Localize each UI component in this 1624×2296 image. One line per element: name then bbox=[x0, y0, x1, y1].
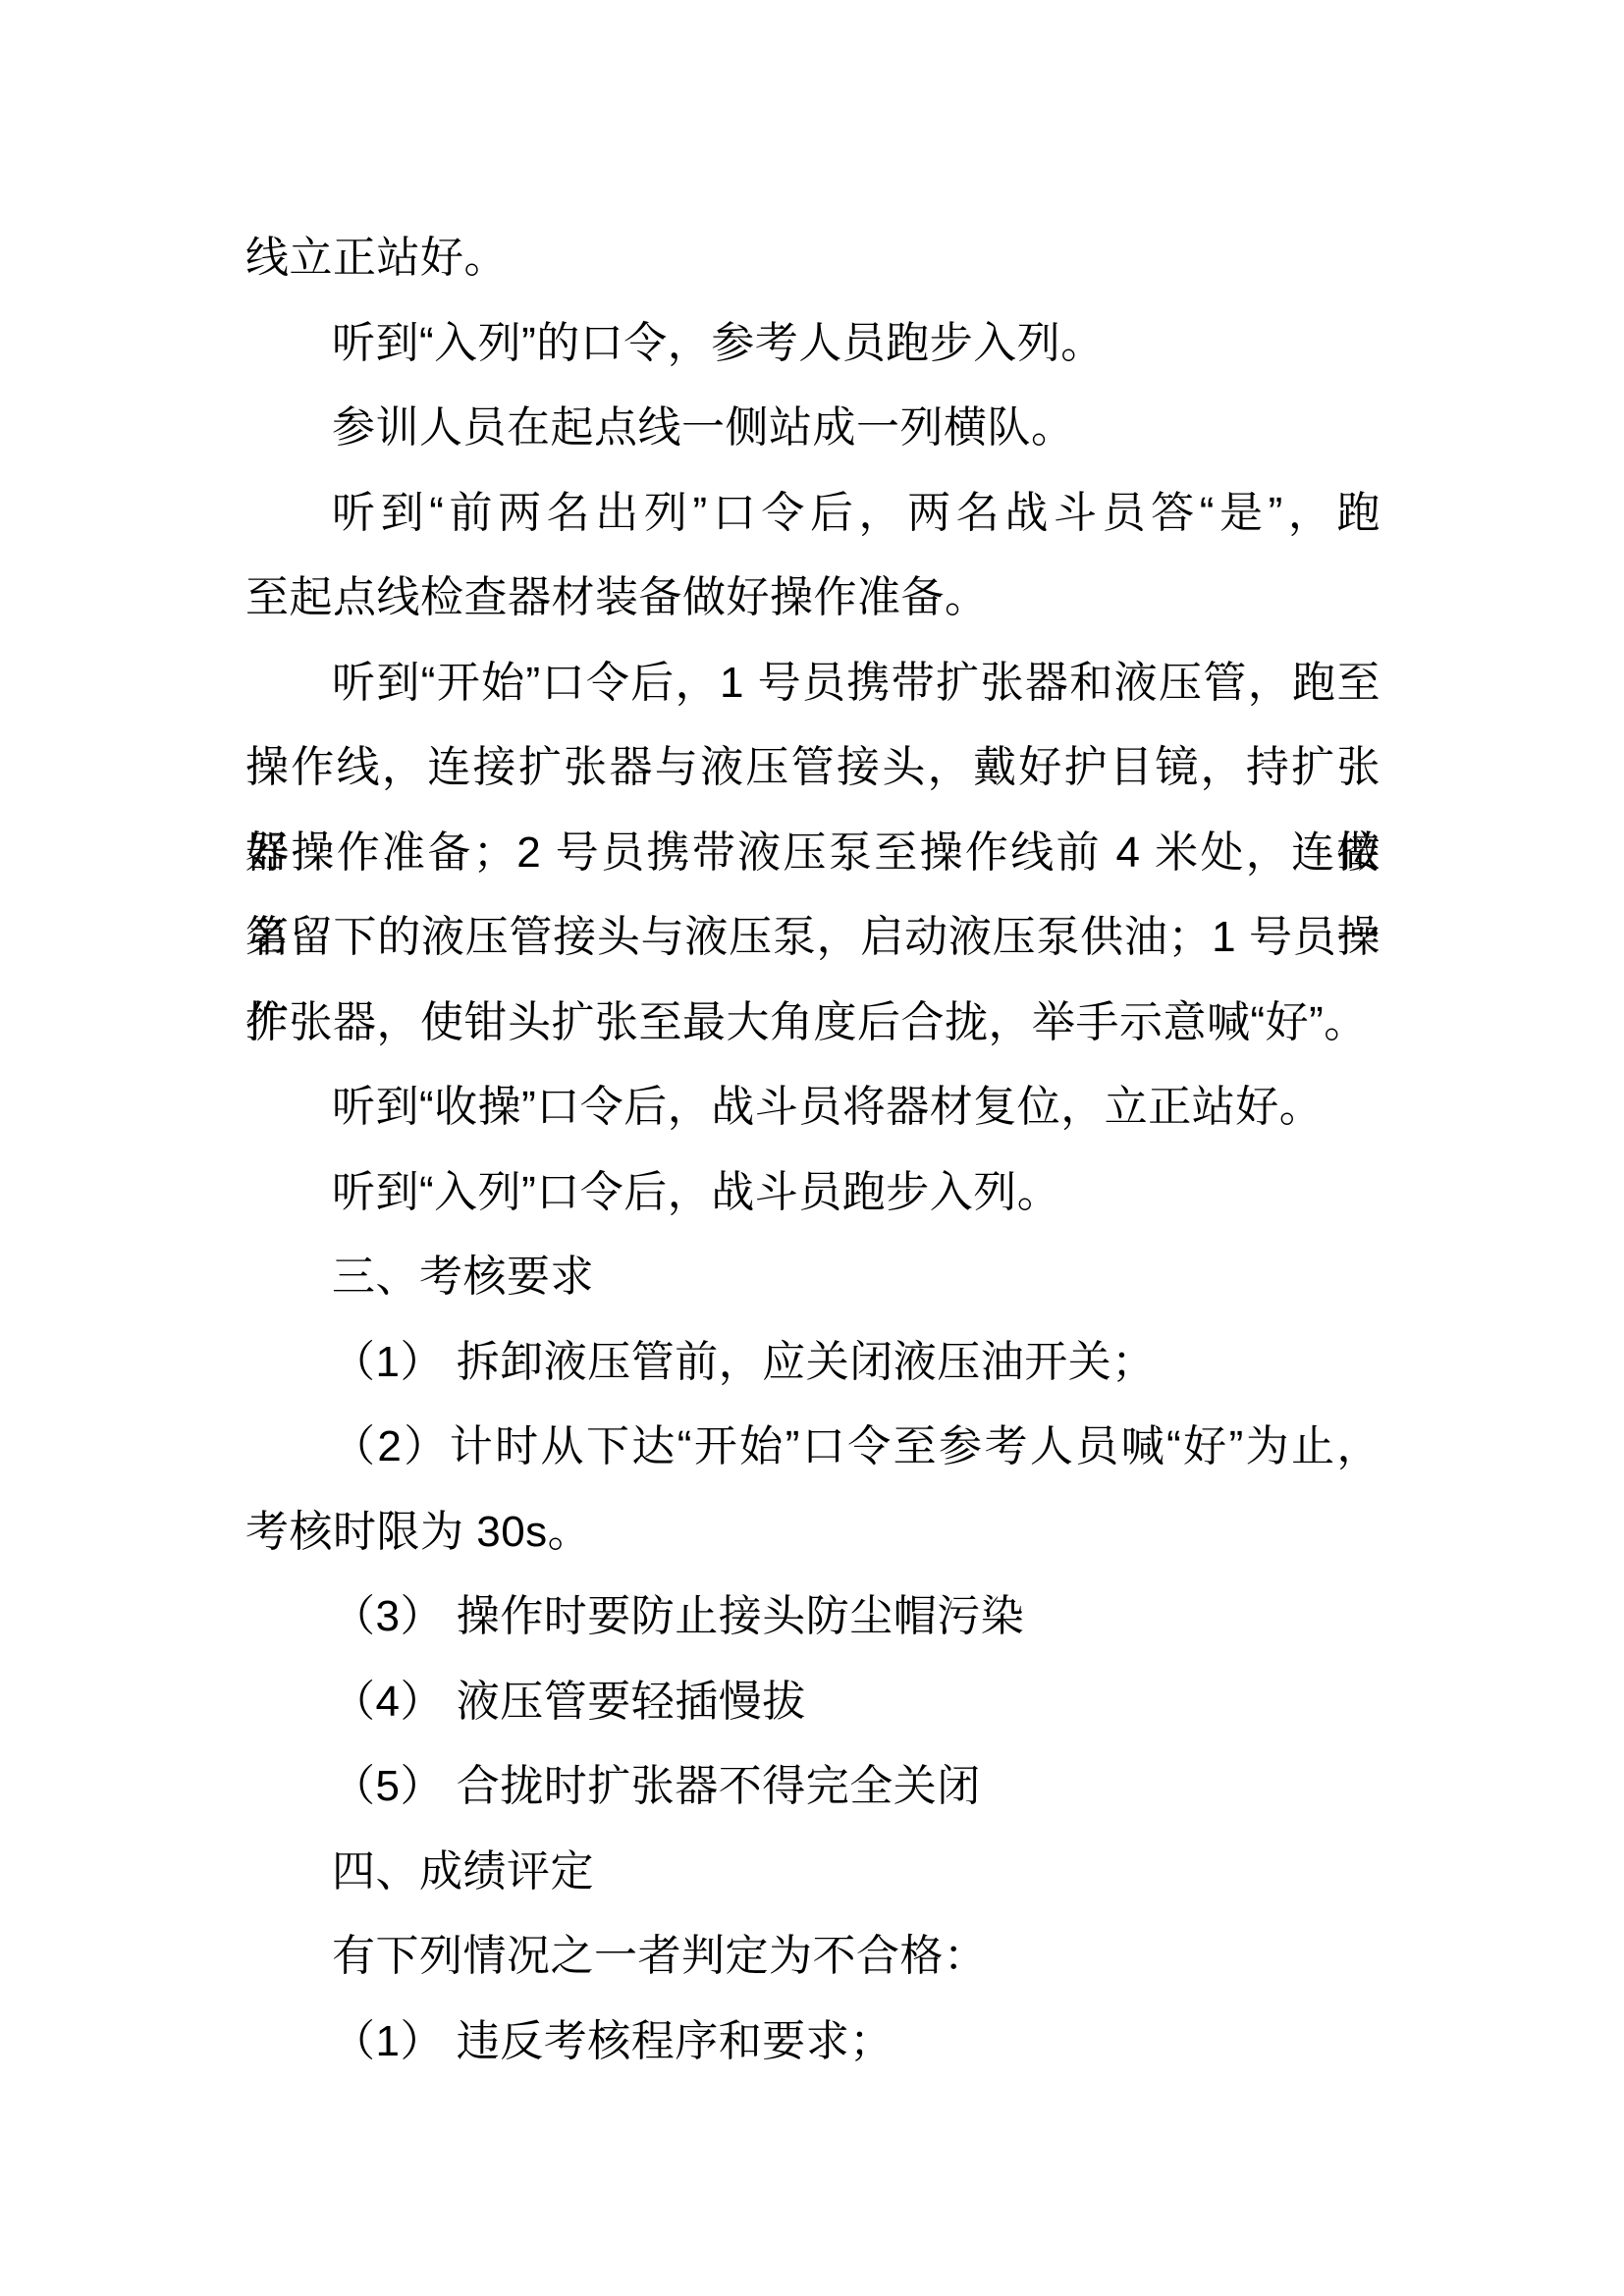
text-line-paragraph: 听到“收操”口令后，战斗员将器材复位，立正站好。 bbox=[245, 1065, 1380, 1150]
document-body: 线立正站好。 听到“入列”的口令，参考人员跑步入列。 参训人员在起点线一侧站成一… bbox=[245, 216, 1380, 2084]
text-line-continuation: 操作线，连接扩张器与液压管接头，戴好护目镜，持扩张器做 bbox=[245, 725, 1380, 811]
numbered-item: （5） 合拢时扩张器不得完全关闭 bbox=[245, 1744, 1380, 1830]
numbered-item: （1） 拆卸液压管前，应关闭液压油开关； bbox=[245, 1320, 1380, 1406]
document-page: 线立正站好。 听到“入列”的口令，参考人员跑步入列。 参训人员在起点线一侧站成一… bbox=[0, 0, 1624, 2296]
text-line-paragraph: 有下列情况之一者判定为不合格： bbox=[245, 1914, 1380, 2000]
numbered-item: （2）计时从下达“开始”口令至参考人员喊“好”为止， bbox=[245, 1405, 1380, 1490]
section-heading: 四、成绩评定 bbox=[245, 1830, 1380, 1915]
numbered-item: （4） 液压管要轻插慢拔 bbox=[245, 1660, 1380, 1745]
text-line-paragraph: 参训人员在起点线一侧站成一列横队。 bbox=[245, 386, 1380, 471]
text-line-paragraph: 听到“入列”口令后，战斗员跑步入列。 bbox=[245, 1150, 1380, 1236]
text-line-continuation: 至起点线检查器材装备做好操作准备。 bbox=[245, 556, 1380, 641]
text-line-paragraph: 听到“开始”口令后，1 号员携带扩张器和液压管，跑至 bbox=[245, 641, 1380, 726]
text-line-paragraph: 听到“入列”的口令，参考人员跑步入列。 bbox=[245, 301, 1380, 387]
text-line-continuation: 名留下的液压管接头与液压泵，启动液压泵供油；1 号员操作 bbox=[245, 895, 1380, 981]
numbered-item: （1） 违反考核程序和要求； bbox=[245, 2000, 1380, 2085]
text-line-paragraph: 听到“前两名出列”口令后，两名战斗员答“是”，跑 bbox=[245, 471, 1380, 557]
numbered-item: （3） 操作时要防止接头防尘帽污染 bbox=[245, 1575, 1380, 1660]
text-line-continuation: 好操作准备；2 号员携带液压泵至操作线前 4 米处，连接第一 bbox=[245, 811, 1380, 896]
text-line-continuation: 扩张器，使钳头扩张至最大角度后合拢，举手示意喊“好”。 bbox=[245, 981, 1380, 1066]
section-heading: 三、考核要求 bbox=[245, 1235, 1380, 1320]
text-line-continuation: 考核时限为 30s。 bbox=[245, 1490, 1380, 1575]
text-line-continuation: 线立正站好。 bbox=[245, 216, 1380, 301]
